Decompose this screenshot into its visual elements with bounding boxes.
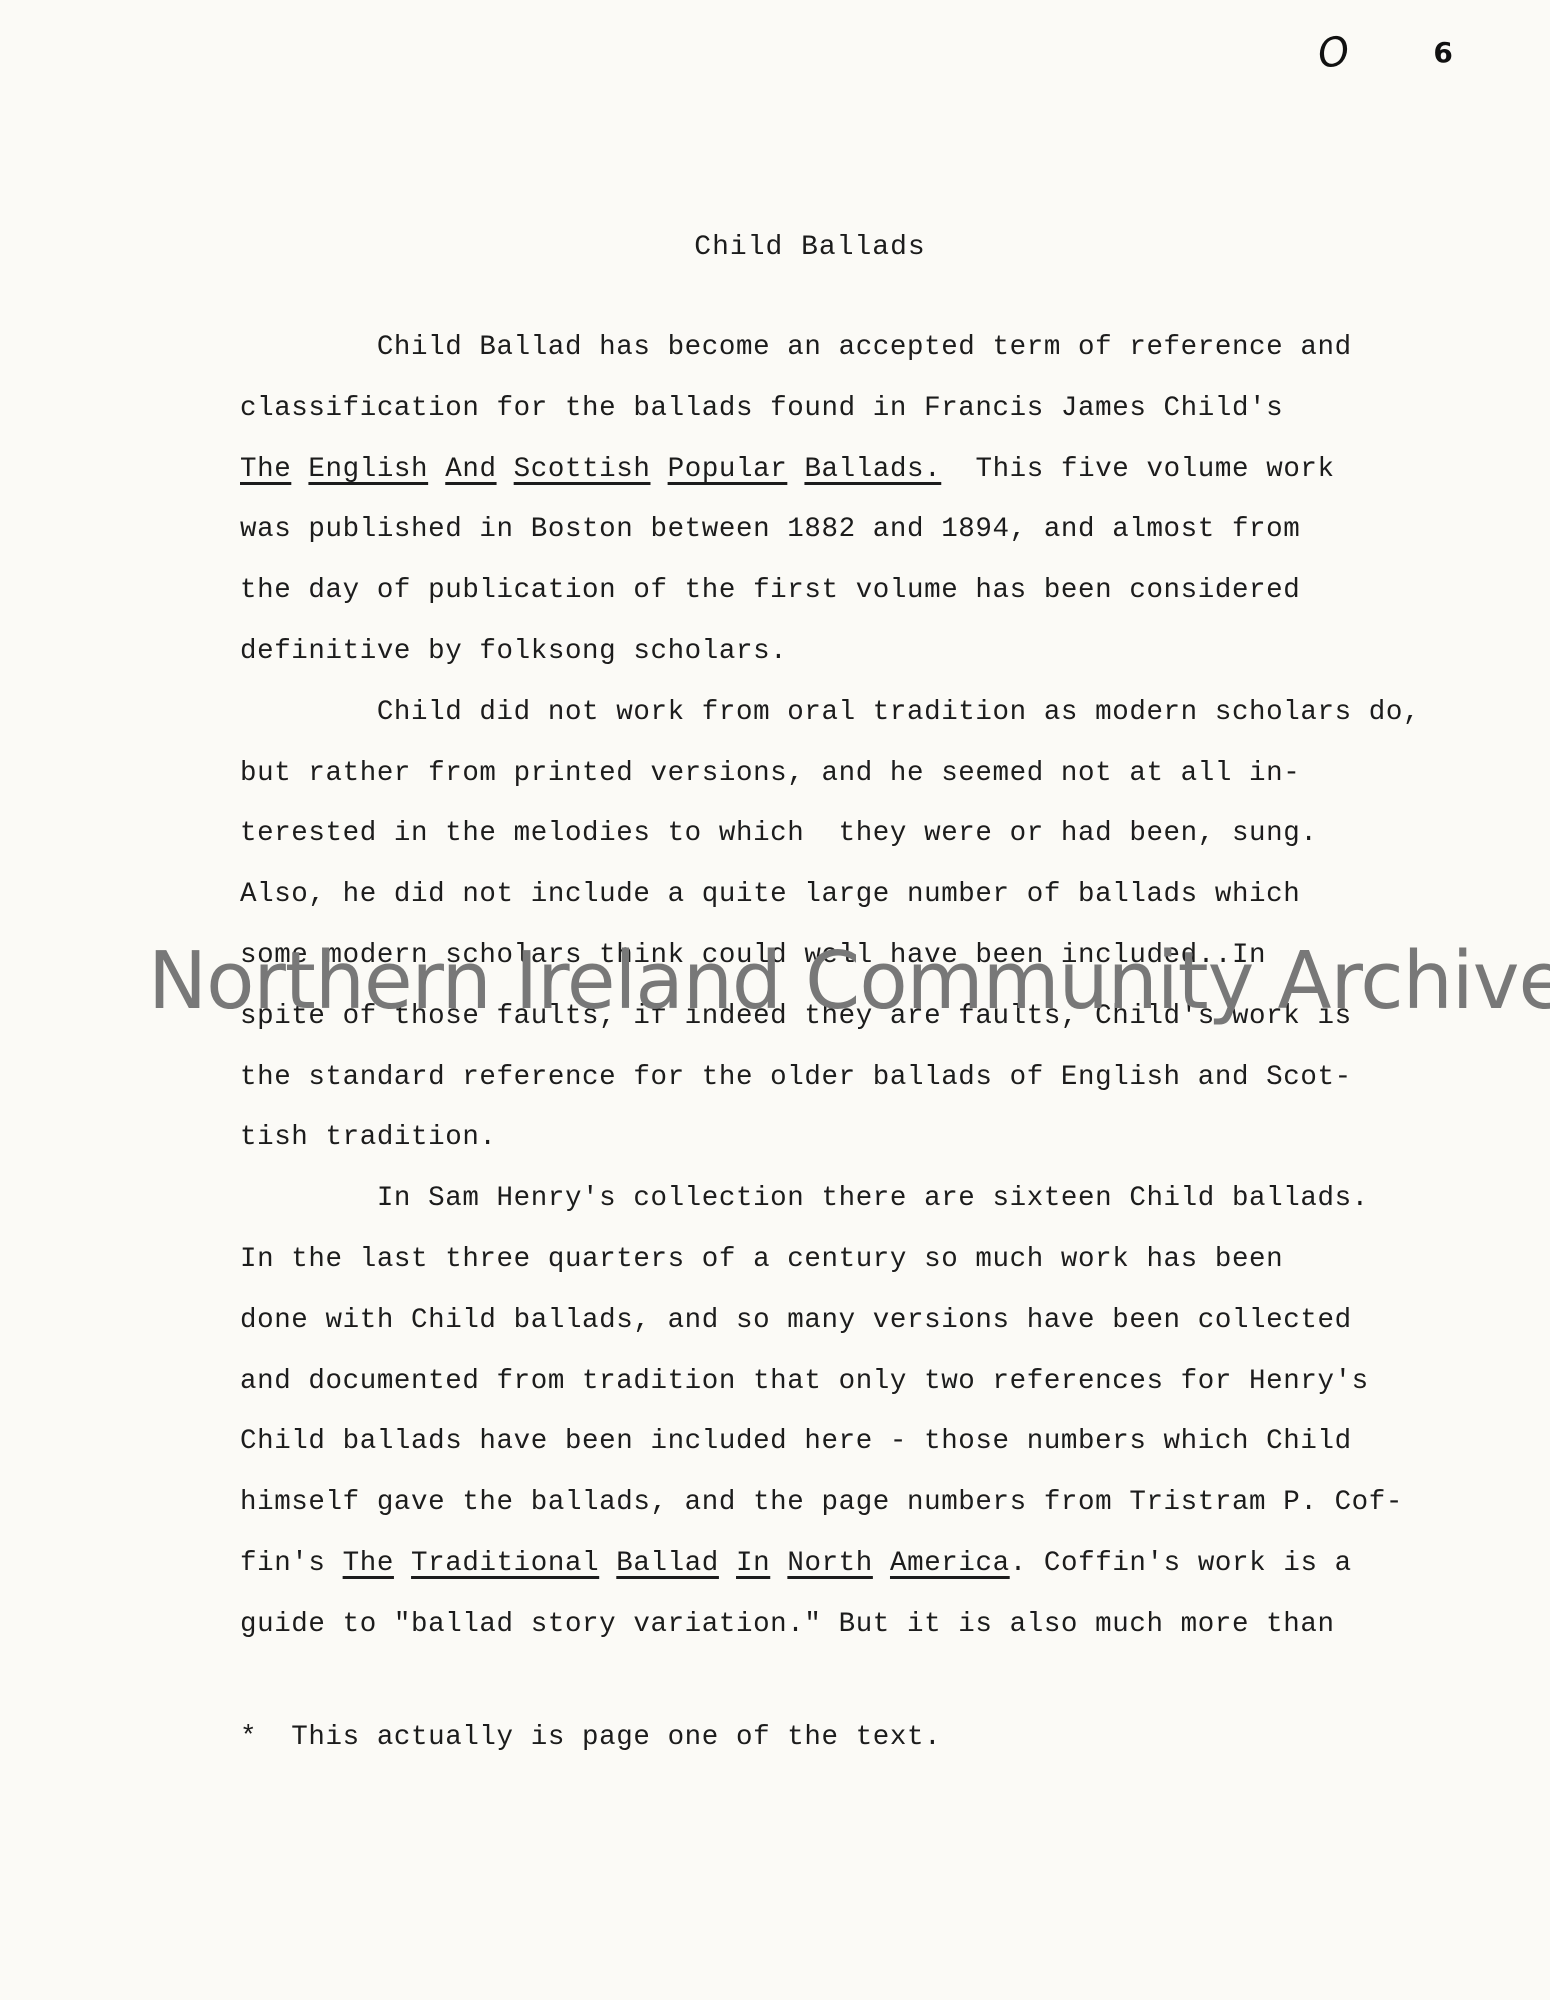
text-segment: the standard reference for the older bal… [240,1062,1352,1093]
text-line: guide to "ballad story variation." But i… [240,1595,1490,1656]
text-segment [599,1548,616,1579]
text-line: some modern scholars think could well ha… [240,926,1490,987]
document-body: Child Ballad has become an accepted term… [240,318,1490,1656]
handwritten-circle-mark: O [1314,28,1353,79]
text-segment [291,454,308,485]
text-segment: the day of publication of the first volu… [240,575,1300,606]
text-segment [770,1548,787,1579]
text-line: terested in the melodies to which they w… [240,804,1490,865]
text-segment: . Coffin's work is a [1010,1548,1352,1579]
text-line: Child ballads have been included here - … [240,1412,1490,1473]
underlined-title-word: America [890,1548,1010,1579]
text-segment: Child Ballad has become an accepted term… [240,332,1352,363]
underlined-title-word: English [308,454,428,485]
text-segment [719,1548,736,1579]
handwritten-page-number: 6 [1433,36,1452,69]
text-line: the day of publication of the first volu… [240,561,1490,622]
text-line: fin's The Traditional Ballad In North Am… [240,1534,1490,1595]
text-line: definitive by folksong scholars. [240,622,1490,683]
text-segment: was published in Boston between 1882 and… [240,514,1300,545]
text-line: and documented from tradition that only … [240,1352,1490,1413]
underlined-title-word: The [343,1548,394,1579]
text-line: the standard reference for the older bal… [240,1048,1490,1109]
text-segment: done with Child ballads, and so many ver… [240,1305,1352,1336]
text-segment [787,454,804,485]
underlined-title-word: Traditional [411,1548,599,1579]
document-title: Child Ballads [0,232,1550,263]
text-segment: himself gave the ballads, and the page n… [240,1487,1403,1518]
text-segment: This five volume work [941,454,1334,485]
text-line: The English And Scottish Popular Ballads… [240,440,1490,501]
text-segment: and documented from tradition that only … [240,1366,1369,1397]
text-line: but rather from printed versions, and he… [240,744,1490,805]
text-segment: In Sam Henry's collection there are sixt… [240,1183,1369,1214]
text-segment [428,454,445,485]
text-line: classification for the ballads found in … [240,379,1490,440]
text-line: Child Ballad has become an accepted term… [240,318,1490,379]
text-segment: classification for the ballads found in … [240,393,1283,424]
text-segment [394,1548,411,1579]
text-segment: fin's [240,1548,343,1579]
text-line: spite of those faults, if indeed they ar… [240,987,1490,1048]
footnote: * This actually is page one of the text. [240,1722,941,1753]
underlined-title-word: The [240,454,291,485]
text-segment: Child did not work from oral tradition a… [240,697,1420,728]
underlined-title-word: North [787,1548,873,1579]
text-segment: some modern scholars think could well ha… [240,940,1266,971]
underlined-title-word: In [736,1548,770,1579]
text-segment: terested in the melodies to which they w… [240,818,1317,849]
text-segment [651,454,668,485]
text-segment: guide to "ballad story variation." But i… [240,1609,1335,1640]
underlined-title-word: Ballad [616,1548,719,1579]
text-segment: tish tradition. [240,1122,497,1153]
handwritten-page-marks: O 6 [1318,30,1453,76]
text-line: was published in Boston between 1882 and… [240,500,1490,561]
text-line: Child did not work from oral tradition a… [240,683,1490,744]
underlined-title-word: Popular [668,454,788,485]
text-segment [497,454,514,485]
text-segment: spite of those faults, if indeed they ar… [240,1001,1352,1032]
text-line: Also, he did not include a quite large n… [240,865,1490,926]
text-segment: but rather from printed versions, and he… [240,758,1300,789]
text-line: tish tradition. [240,1108,1490,1169]
underlined-title-word: Ballads. [804,454,941,485]
text-line: In Sam Henry's collection there are sixt… [240,1169,1490,1230]
text-line: done with Child ballads, and so many ver… [240,1291,1490,1352]
text-segment: Child ballads have been included here - … [240,1426,1352,1457]
text-segment [873,1548,890,1579]
text-line: In the last three quarters of a century … [240,1230,1490,1291]
text-segment: In the last three quarters of a century … [240,1244,1283,1275]
underlined-title-word: And [445,454,496,485]
text-segment: definitive by folksong scholars. [240,636,787,667]
text-line: himself gave the ballads, and the page n… [240,1473,1490,1534]
underlined-title-word: Scottish [514,454,651,485]
text-segment: Also, he did not include a quite large n… [240,879,1300,910]
